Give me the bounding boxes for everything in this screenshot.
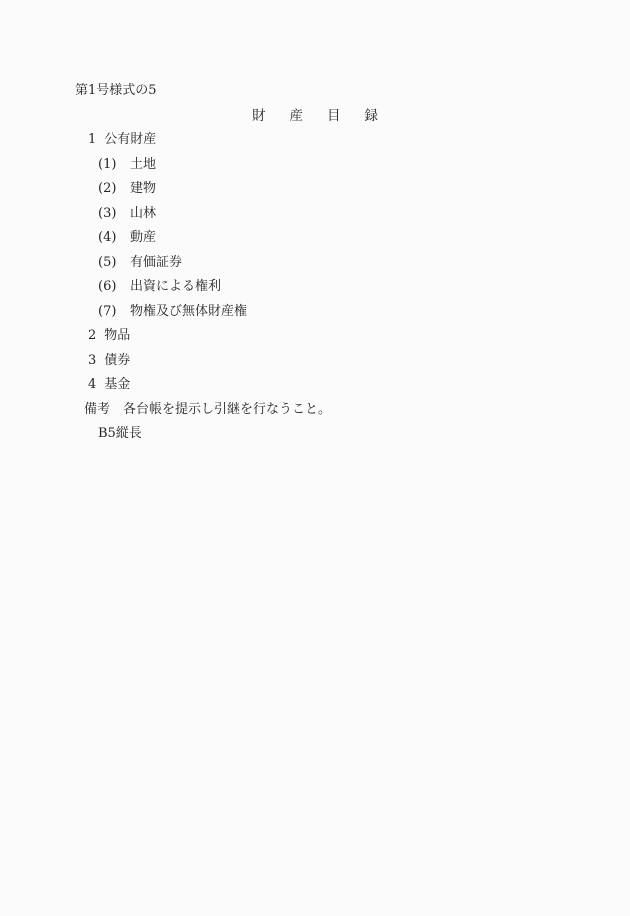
sub-item-number: (7) bbox=[98, 300, 117, 325]
section-number: 2 bbox=[88, 324, 96, 349]
sub-item: (2) 建物 bbox=[0, 177, 630, 202]
sub-item-label: 動産 bbox=[130, 226, 156, 251]
section-item-1: 1 公有財産 bbox=[0, 128, 630, 153]
sub-item-label: 出資による権利 bbox=[130, 275, 221, 300]
sub-item: (3) 山林 bbox=[0, 202, 630, 227]
remarks-text: 各台帳を提示し引継を行なうこと。 bbox=[123, 398, 331, 423]
sub-item-number: (6) bbox=[98, 275, 117, 300]
sub-item-number: (5) bbox=[98, 251, 117, 276]
document-page: 第1号様式の5 財産目録 1 公有財産 (1) 土地 (2) 建物 (3) 山林… bbox=[0, 0, 630, 916]
section-item-2: 2 物品 bbox=[0, 324, 630, 349]
title-line: 財産目録 bbox=[0, 104, 630, 129]
section-item-4: 4 基金 bbox=[0, 373, 630, 398]
section-item-3: 3 債券 bbox=[0, 349, 630, 374]
sub-item: (1) 土地 bbox=[0, 153, 630, 178]
sub-item-label: 建物 bbox=[130, 177, 156, 202]
section-number: 1 bbox=[88, 128, 96, 153]
remarks-label: 備考 bbox=[84, 398, 110, 423]
sub-item: (7) 物権及び無体財産権 bbox=[0, 300, 630, 325]
sub-item-number: (3) bbox=[98, 202, 117, 227]
section-label: 債券 bbox=[104, 349, 130, 374]
form-number: 第1号様式の5 bbox=[0, 79, 630, 104]
sub-item-number: (4) bbox=[98, 226, 117, 251]
sub-item-number: (2) bbox=[98, 177, 117, 202]
document-title: 財産目録 bbox=[228, 104, 402, 129]
sub-item-label: 物権及び無体財産権 bbox=[130, 300, 247, 325]
sub-item: (5) 有価証券 bbox=[0, 251, 630, 276]
remarks-line: 備考 各台帳を提示し引継を行なうこと。 bbox=[0, 398, 630, 423]
paper-size-note: B5縦長 bbox=[0, 422, 630, 447]
sub-item: (6) 出資による権利 bbox=[0, 275, 630, 300]
section-number: 4 bbox=[88, 373, 96, 398]
document-content: 第1号様式の5 財産目録 1 公有財産 (1) 土地 (2) 建物 (3) 山林… bbox=[0, 79, 630, 447]
sub-item-number: (1) bbox=[98, 153, 117, 178]
section-label: 公有財産 bbox=[104, 128, 156, 153]
sub-item-label: 土地 bbox=[130, 153, 156, 178]
section-label: 基金 bbox=[104, 373, 130, 398]
sub-item: (4) 動産 bbox=[0, 226, 630, 251]
section-number: 3 bbox=[88, 349, 96, 374]
sub-item-label: 山林 bbox=[130, 202, 156, 227]
sub-item-label: 有価証券 bbox=[130, 251, 182, 276]
section-label: 物品 bbox=[104, 324, 130, 349]
